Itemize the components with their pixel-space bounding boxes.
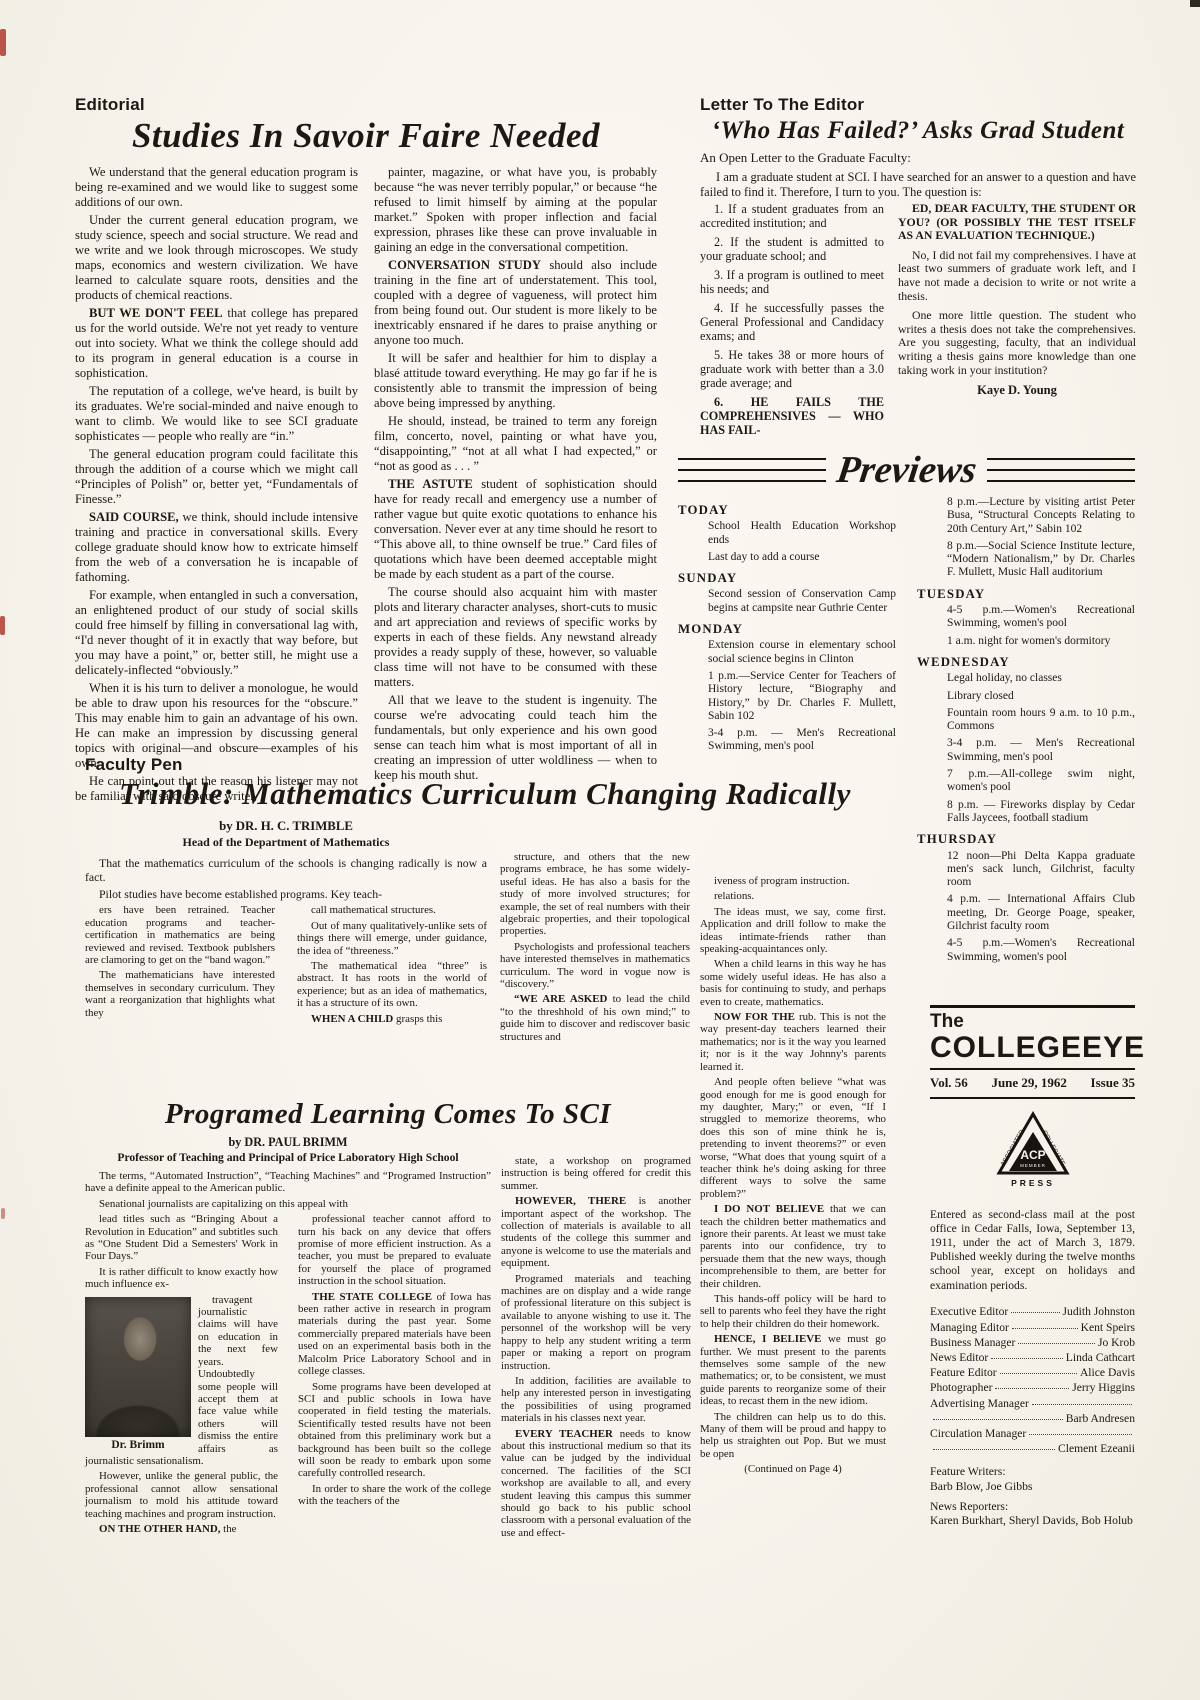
logo-press-text: PRESS [1011, 1178, 1055, 1188]
red-scan-mark [1, 1208, 5, 1219]
day-group: WEDNESDAY Legal holiday, no classes Libr… [917, 656, 1135, 825]
paragraph: Some programs have been developed at SCI… [298, 1381, 491, 1480]
staff-name: Jo Krob [1098, 1335, 1135, 1350]
brimm-photo [85, 1297, 191, 1437]
paragraph: For example, when entangled in such a co… [75, 588, 358, 678]
dotted-leader [1012, 1328, 1078, 1329]
paragraph: The general education program could faci… [75, 447, 358, 507]
paragraph: EVERY TEACHER needs to know about this i… [501, 1428, 691, 1540]
day-group: SUNDAY Second session of Conservation Ca… [678, 572, 896, 615]
editorial-column-2: painter, magazine, or what have you, is … [374, 165, 657, 807]
previews-column-2: 8 p.m.—Lecture by visiting artist Peter … [917, 496, 1135, 1002]
staff-name: Judith Johnston [1063, 1304, 1135, 1319]
event-item: 4 p.m. — International Affairs Club meet… [947, 893, 1135, 933]
staff-role: Business Manager [930, 1335, 1015, 1350]
letter-salutation: An Open Letter to the Graduate Faculty: [700, 150, 1136, 166]
event-item: Library closed [947, 690, 1135, 703]
trimble-column-3: structure, and others that the new progr… [500, 851, 690, 1046]
trimble-column-2: call mathematical structures. Out of man… [297, 904, 487, 1028]
event-item: Second session of Conservation Camp begi… [708, 588, 896, 615]
staff-role: Circulation Manager [930, 1426, 1026, 1441]
staff-name: Barb Andresen [1066, 1411, 1135, 1426]
second-class-mail-notice: Entered as second-class mail at the post… [930, 1208, 1135, 1293]
paragraph: This hands-off policy will be hard to se… [700, 1293, 886, 1330]
day-group: THURSDAY 12 noon—Phi Delta Kappa graduat… [917, 833, 1135, 964]
event-item: Fountain room hours 9 a.m. to 10 p.m., C… [947, 707, 1135, 734]
staff-role: Executive Editor [930, 1304, 1008, 1319]
brimm-column-3: state, a workshop on programed instructi… [501, 1155, 691, 1542]
dotted-leader [933, 1449, 1055, 1450]
paragraph: One more little question. The student wh… [898, 309, 1136, 377]
staff-name: Kent Speirs [1081, 1320, 1135, 1335]
title-word-college: COLLEGE [930, 1032, 1082, 1064]
letter-intro: I am a graduate student at SCI. I have s… [700, 170, 1136, 199]
red-scan-mark [0, 616, 5, 635]
event-item: 3-4 p.m. — Men's Recreational Swimming, … [947, 737, 1135, 764]
paragraph: iveness of program instruction. [700, 875, 886, 887]
event-item: School Health Education Workshop ends [708, 520, 896, 547]
title-word-eye: EYE [1082, 1032, 1145, 1064]
staff-role: Photographer [930, 1380, 992, 1395]
editorial-section: Editorial Studies In Savoir Faire Needed… [75, 95, 657, 807]
staff-name: Linda Cathcart [1066, 1350, 1135, 1365]
masthead-the: The [930, 1012, 1135, 1032]
event-item: Last day to add a course [708, 551, 896, 564]
staff-row: Barb Andresen [930, 1411, 1135, 1426]
editorial-headline: Studies In Savoir Faire Needed [75, 116, 657, 156]
paragraph: We understand that the general education… [75, 165, 358, 210]
paragraph: In addition, facilities are available to… [501, 1375, 691, 1425]
issue-date: June 29, 1962 [991, 1075, 1066, 1091]
day-header: TODAY [678, 504, 896, 517]
staff-row: Business Manager Jo Krob [930, 1335, 1135, 1350]
paragraph: However, unlike the general public, the … [85, 1470, 278, 1520]
paragraph: It is rather difficult to know exactly h… [85, 1266, 278, 1291]
paragraph: 5. He takes 38 or more hours of graduate… [700, 348, 884, 390]
faculty-pen-kicker: Faculty Pen [85, 755, 885, 775]
masthead: The COLLEGE EYE Vol. 56 June 29, 1962 Is… [930, 1005, 1135, 1534]
paragraph: 2. If the student is admitted to your gr… [700, 235, 884, 263]
letter-column-2: ED, DEAR FACULTY, THE STUDENT OR YOU? (O… [898, 202, 1136, 377]
paragraph: Pilot studies have become established pr… [85, 888, 487, 902]
letter-column-1: 1. If a student graduates from an accred… [700, 202, 884, 442]
paragraph: Out of many qualitatively-unlike sets of… [297, 920, 487, 957]
event-item: 1 a.m. night for women's dormitory [947, 635, 1135, 648]
day-header: MONDAY [678, 623, 896, 636]
paragraph: HOWEVER, THERE is another important aspe… [501, 1195, 691, 1269]
paragraph: The course should also acquaint him with… [374, 585, 657, 690]
paragraph: call mathematical structures. [297, 904, 487, 916]
news-reporters-names: Karen Burkhart, Sheryl Davids, Bob Holub [930, 1514, 1135, 1529]
programed-learning-section: Programed Learning Comes To SCI by DR. P… [85, 1098, 691, 1538]
brimm-column-1: lead titles such as “Bringing About a Re… [85, 1213, 278, 1538]
event-item: Extension course in elementary school so… [708, 639, 896, 666]
trimble-column-1: ers have been retrained. Teacher educati… [85, 904, 275, 1028]
staff-name: Alice Davis [1080, 1365, 1135, 1380]
feature-writers-label: Feature Writers: [930, 1465, 1135, 1480]
paragraph: professional teacher cannot afford to tu… [298, 1213, 491, 1287]
trimble-lead: That the mathematics curriculum of the s… [85, 857, 487, 901]
paragraph: SAID COURSE, we think, should include in… [75, 510, 358, 585]
paragraph: And people often believe “what was good … [700, 1076, 886, 1200]
paragraph: ON THE OTHER HAND, the [85, 1523, 278, 1535]
editorial-kicker: Editorial [75, 95, 657, 115]
logo-member-text: MEMBER [1020, 1163, 1046, 1168]
day-group: MONDAY Extension course in elementary sc… [678, 623, 896, 754]
day-group: TUESDAY 4-5 p.m.—Women's Recreational Sw… [917, 588, 1135, 648]
editorial-column-1: We understand that the general education… [75, 165, 358, 807]
staff-row: Clement Ezeanii [930, 1441, 1135, 1456]
previews-title: Previews [828, 448, 985, 492]
paragraph: THE STATE COLLEGE of Iowa has been rathe… [298, 1291, 491, 1378]
event-item: 3-4 p.m. — Men's Recreational Swimming, … [708, 727, 896, 754]
feature-writers-names: Barb Blow, Joe Gibbs [930, 1480, 1135, 1495]
staff-row: Executive Editor Judith Johnston [930, 1304, 1135, 1319]
letter-to-editor-section: Letter To The Editor ‘Who Has Failed?’ A… [700, 95, 1136, 442]
paragraph: Psychologists and professional teachers … [500, 941, 690, 991]
paragraph: Senational journalists are capitalizing … [85, 1198, 491, 1210]
logo-acp-text: ACP [1020, 1148, 1045, 1162]
staff-role: Managing Editor [930, 1320, 1009, 1335]
paragraph: The mathematicians have interested thems… [85, 969, 275, 1019]
paragraph: Programed materials and teaching machine… [501, 1273, 691, 1372]
paragraph: 1. If a student graduates from an accred… [700, 202, 884, 230]
event-item: 1 p.m.—Service Center for Teachers of Hi… [708, 670, 896, 723]
trimble-byline: by DR. H. C. TRIMBLE [85, 819, 487, 834]
trimble-headline: Trimble: Mathematics Curriculum Changing… [85, 776, 885, 812]
paragraph: painter, magazine, or what have you, is … [374, 165, 657, 255]
paragraph: ED, DEAR FACULTY, THE STUDENT OR YOU? (O… [898, 202, 1136, 243]
paragraph: I DO NOT BELIEVE that we can teach the c… [700, 1203, 886, 1290]
event-item: 4-5 p.m.—Women's Recreational Swimming, … [947, 937, 1135, 964]
brimm-column-2: professional teacher cannot afford to tu… [298, 1213, 491, 1538]
letter-signature: Kaye D. Young [898, 383, 1136, 398]
red-scan-mark [0, 29, 6, 56]
trimble-byline-title: Head of the Department of Mathematics [85, 835, 487, 850]
staff-role: Feature Editor [930, 1365, 997, 1380]
event-item: 8 p.m.—Lecture by visiting artist Peter … [947, 496, 1135, 536]
college-eye-title: COLLEGE EYE [930, 1032, 1135, 1070]
event-item: Legal holiday, no classes [947, 672, 1135, 685]
paragraph: It will be safer and healthier for him t… [374, 351, 657, 411]
paragraph: NOW FOR THE rub. This is not the way pre… [700, 1011, 886, 1073]
acp-press-logo: ACP MEMBER ASSOCIATED COLLEGIATE PRESS [993, 1109, 1073, 1191]
previews-rule-lines-left [678, 458, 826, 482]
staff-list: Executive Editor Judith Johnston Managin… [930, 1304, 1135, 1456]
staff-row: News Editor Linda Cathcart [930, 1350, 1135, 1365]
staff-row: Circulation Manager [930, 1426, 1135, 1441]
news-reporters-label: News Reporters: [930, 1500, 1135, 1515]
staff-name: Jerry Higgins [1072, 1380, 1135, 1395]
day-header: TUESDAY [917, 588, 1135, 601]
paragraph: He should, instead, be trained to term a… [374, 414, 657, 474]
contributors: Feature Writers: Barb Blow, Joe Gibbs Ne… [930, 1465, 1135, 1528]
volume-number: Vol. 56 [930, 1075, 968, 1091]
event-item: 4-5 p.m.—Women's Recreational Swimming, … [947, 604, 1135, 631]
paragraph: relations. [700, 890, 886, 902]
dotted-leader [1011, 1312, 1059, 1313]
event-item: 8 p.m.—Social Science Institute lecture,… [947, 540, 1135, 580]
paragraph: HENCE, I BELIEVE we must go further. We … [700, 1333, 886, 1407]
faculty-pen-section: Faculty Pen Trimble: Mathematics Curricu… [85, 755, 885, 1028]
paragraph: state, a workshop on programed instructi… [501, 1155, 691, 1192]
paragraph: The ideas must, we say, come first. Appl… [700, 906, 886, 956]
day-group: 8 p.m.—Lecture by visiting artist Peter … [917, 496, 1135, 580]
event-item: 12 noon—Phi Delta Kappa graduate men's s… [947, 850, 1135, 890]
paragraph: In order to share the work of the colleg… [298, 1483, 491, 1508]
paragraph: BUT WE DON'T FEEL that college has prepa… [75, 306, 358, 381]
brimm-headline: Programed Learning Comes To SCI [85, 1098, 691, 1131]
brimm-byline: by DR. PAUL BRIMM [85, 1135, 491, 1150]
paragraph: The reputation of a college, we've heard… [75, 384, 358, 444]
brimm-photo-figure: Dr. Brimm [85, 1297, 191, 1451]
dotted-leader [1032, 1404, 1132, 1405]
issue-number: Issue 35 [1091, 1075, 1135, 1091]
day-header: WEDNESDAY [917, 656, 1135, 669]
paragraph: CONVERSATION STUDY should also include t… [374, 258, 657, 348]
staff-row: Feature Editor Alice Davis [930, 1365, 1135, 1380]
dotted-leader [1000, 1373, 1077, 1374]
day-header: THURSDAY [917, 833, 1135, 846]
dotted-leader [933, 1419, 1063, 1420]
paragraph: That the mathematics curriculum of the s… [85, 857, 487, 885]
letter-kicker: Letter To The Editor [700, 95, 1136, 115]
staff-name: Clement Ezeanii [1058, 1441, 1135, 1456]
paragraph: 3. If a program is outlined to meet his … [700, 268, 884, 296]
volume-line: Vol. 56 June 29, 1962 Issue 35 [930, 1070, 1135, 1099]
brimm-lead: The terms, “Automated Instruction”, “Tea… [85, 1170, 491, 1210]
letter-headline: ‘Who Has Failed?’ Asks Grad Student [700, 117, 1136, 145]
paragraph: structure, and others that the new progr… [500, 851, 690, 938]
previews-header: Previews [678, 448, 1135, 492]
dotted-leader [991, 1358, 1063, 1359]
paragraph: Under the current general education prog… [75, 213, 358, 303]
dotted-leader [1018, 1343, 1095, 1344]
previews-rule-lines-right [987, 458, 1135, 482]
photo-caption: Dr. Brimm [85, 1439, 191, 1451]
paragraph: 4. If he successfully passes the General… [700, 301, 884, 343]
trimble-column-4: iveness of program instruction. relation… [700, 875, 886, 1476]
brimm-byline-title: Professor of Teaching and Principal of P… [85, 1151, 491, 1164]
paragraph: WHEN A CHILD grasps this [297, 1013, 487, 1025]
continued-notice: (Continued on Page 4) [700, 1463, 886, 1475]
staff-row: Advertising Manager [930, 1396, 1135, 1411]
paragraph: THE ASTUTE student of sophistication sho… [374, 477, 657, 582]
paragraph: lead titles such as “Bringing About a Re… [85, 1213, 278, 1263]
event-item: 8 p.m. — Fireworks display by Cedar Fall… [947, 799, 1135, 826]
staff-row: Photographer Jerry Higgins [930, 1380, 1135, 1395]
paragraph: The terms, “Automated Instruction”, “Tea… [85, 1170, 491, 1195]
paragraph: ers have been retrained. Teacher educati… [85, 904, 275, 966]
paragraph: 6. HE FAILS THE COMPREHENSIVES — WHO HAS… [700, 395, 884, 437]
paragraph: The mathematical idea “three” is abstrac… [297, 960, 487, 1010]
paragraph: No, I did not fail my comprehensives. I … [898, 249, 1136, 303]
dotted-leader [995, 1388, 1069, 1389]
staff-role: Advertising Manager [930, 1396, 1029, 1411]
event-item: 7 p.m.—All-college swim night, women's p… [947, 768, 1135, 795]
paragraph: “WE ARE ASKED to lead the child “to the … [500, 993, 690, 1043]
corner-scan-notch [1190, 0, 1200, 7]
day-group: TODAY School Health Education Workshop e… [678, 504, 896, 564]
paragraph: The children can help us to do this. Man… [700, 1411, 886, 1461]
day-header: SUNDAY [678, 572, 896, 585]
dotted-leader [1029, 1434, 1132, 1435]
paragraph: When a child learns in this way he has s… [700, 958, 886, 1008]
staff-role: News Editor [930, 1350, 988, 1365]
staff-row: Managing Editor Kent Speirs [930, 1320, 1135, 1335]
newspaper-page: Editorial Studies In Savoir Faire Needed… [0, 0, 1200, 1700]
